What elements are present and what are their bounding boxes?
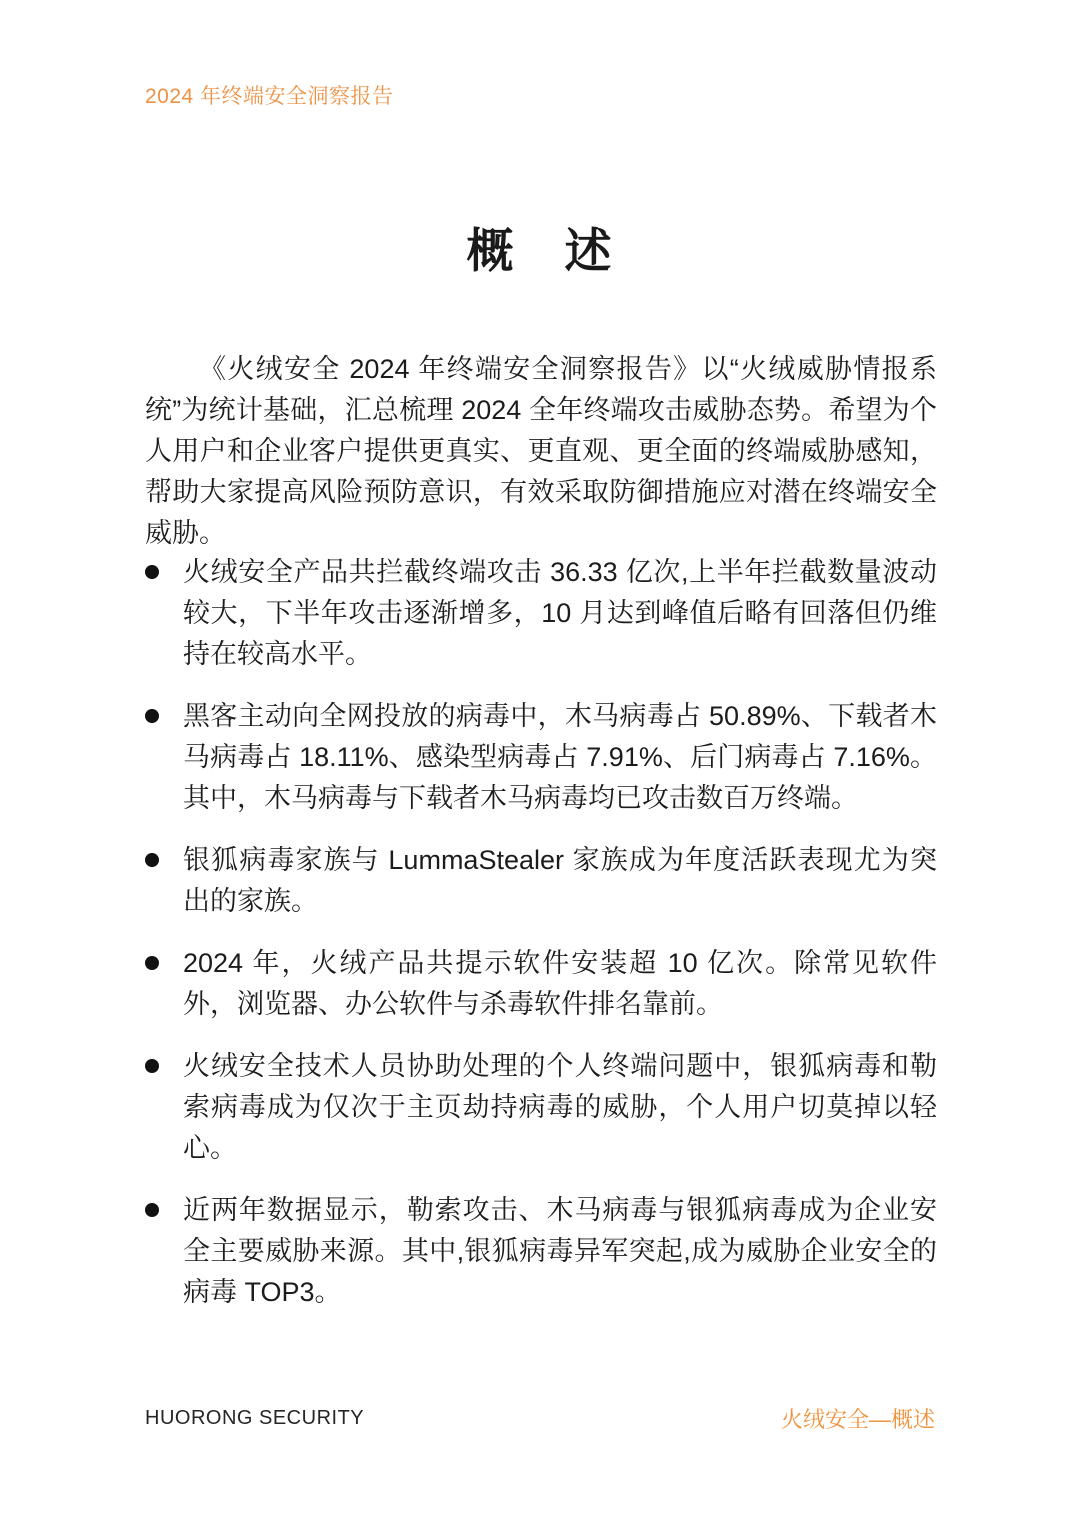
bullet-dot-icon: [145, 565, 159, 579]
list-item: 火绒安全技术人员协助处理的个人终端问题中，银狐病毒和勒索病毒成为仅次于主页劫持病…: [145, 1046, 937, 1169]
intro-paragraph: 《火绒安全 2024 年终端安全洞察报告》以“火绒威胁情报系统”为统计基础，汇总…: [145, 349, 937, 554]
list-item-text: 2024 年，火绒产品共提示软件安装超 10 亿次。除常见软件外，浏览器、办公软…: [183, 943, 937, 1025]
list-item: 火绒安全产品共拦截终端攻击 36.33 亿次,上半年拦截数量波动较大，下半年攻击…: [145, 552, 937, 675]
list-item: 黑客主动向全网投放的病毒中，木马病毒占 50.89%、下载者木马病毒占 18.1…: [145, 696, 937, 819]
key-findings-list: 火绒安全产品共拦截终端攻击 36.33 亿次,上半年拦截数量波动较大，下半年攻击…: [145, 552, 937, 1334]
list-item-text: 银狐病毒家族与 LummaStealer 家族成为年度活跃表现尤为突出的家族。: [183, 840, 937, 922]
bullet-dot-icon: [145, 709, 159, 723]
list-item: 近两年数据显示，勒索攻击、木马病毒与银狐病毒成为企业安全主要威胁来源。其中,银狐…: [145, 1190, 937, 1313]
list-item: 银狐病毒家族与 LummaStealer 家族成为年度活跃表现尤为突出的家族。: [145, 840, 937, 922]
list-item: 2024 年，火绒产品共提示软件安装超 10 亿次。除常见软件外，浏览器、办公软…: [145, 943, 937, 1025]
list-item-text: 近两年数据显示，勒索攻击、木马病毒与银狐病毒成为企业安全主要威胁来源。其中,银狐…: [183, 1190, 937, 1313]
footer-company-label: HUORONG SECURITY: [145, 1407, 364, 1430]
bullet-dot-icon: [145, 1059, 159, 1073]
section-title: 概 述: [0, 214, 1080, 281]
list-item-text: 火绒安全技术人员协助处理的个人终端问题中，银狐病毒和勒索病毒成为仅次于主页劫持病…: [183, 1046, 937, 1169]
report-title-label: 2024 年终端安全洞察报告: [145, 85, 394, 108]
list-item-text: 黑客主动向全网投放的病毒中，木马病毒占 50.89%、下载者木马病毒占 18.1…: [183, 696, 937, 819]
bullet-dot-icon: [145, 1203, 159, 1217]
report-page: 2024 年终端安全洞察报告 概 述 《火绒安全 2024 年终端安全洞察报告》…: [0, 0, 1080, 1527]
page-footer: HUORONG SECURITY 火绒安全—概述: [145, 1403, 935, 1434]
bullet-dot-icon: [145, 956, 159, 970]
list-item-text: 火绒安全产品共拦截终端攻击 36.33 亿次,上半年拦截数量波动较大，下半年攻击…: [183, 552, 937, 675]
footer-section-label: 火绒安全—概述: [781, 1403, 935, 1434]
page-header: 2024 年终端安全洞察报告: [145, 84, 394, 109]
bullet-dot-icon: [145, 853, 159, 867]
